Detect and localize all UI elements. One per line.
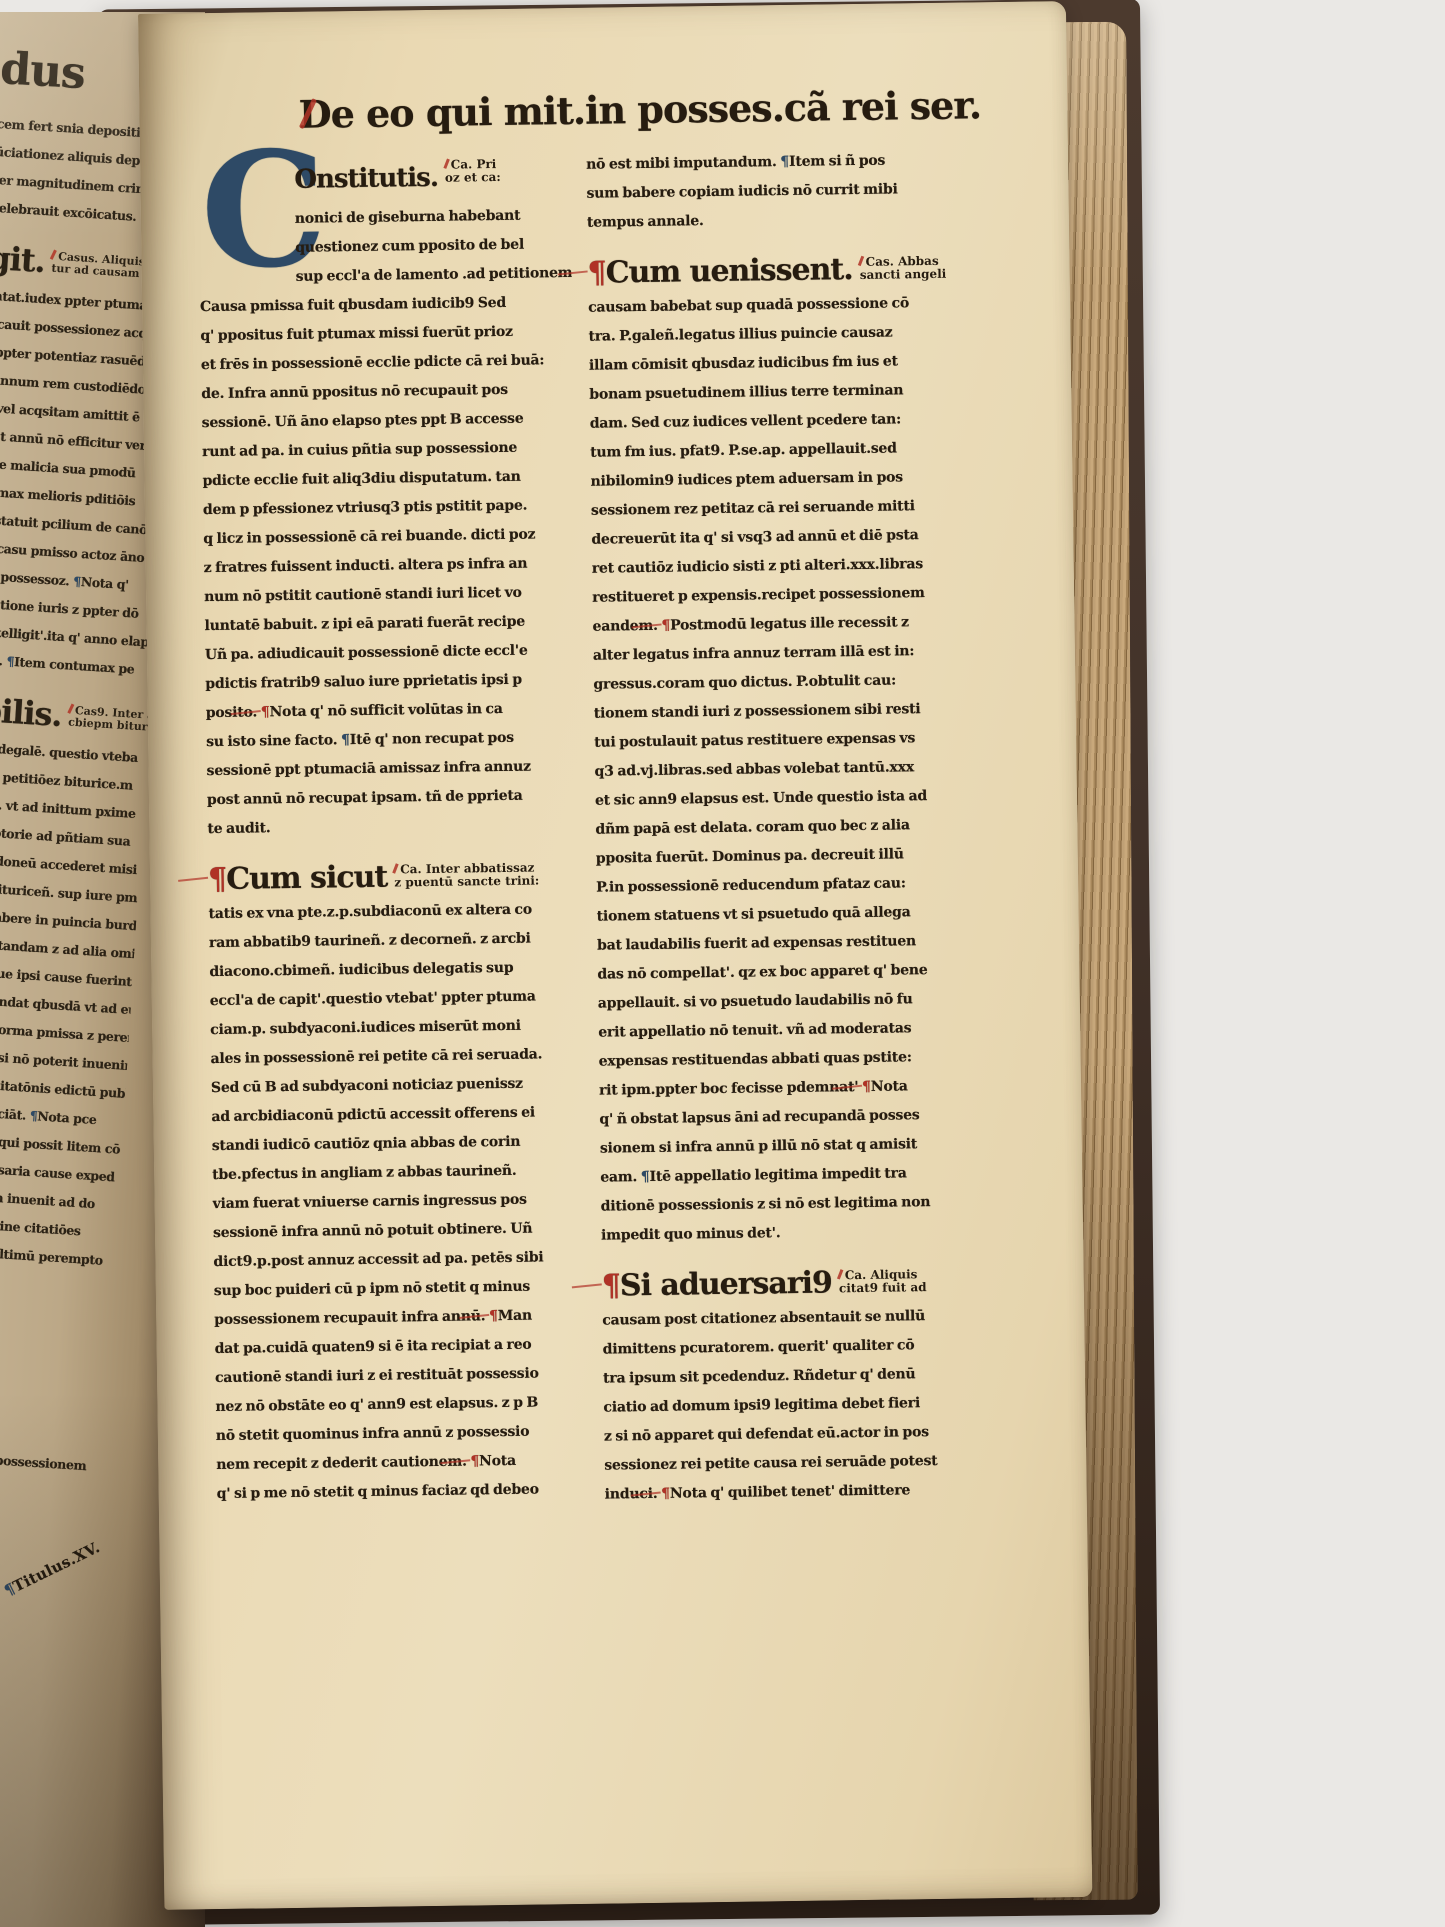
running-title-row: De eo qui mit.in posses.cã rei ser. [259,82,1028,138]
case-sidenote: Cas. Abbassancti angeli [859,249,946,282]
case-sidenote: Ca. Aliquiscitat9 fuit ad [839,1262,927,1295]
paraph-blue-icon: ¶ [6,654,14,669]
paraph-blue-icon: ¶ [341,732,350,748]
text-line: nonici de giseburna habebant [295,201,571,234]
text-line: alter legatus infra annuz terram illā es… [593,637,965,671]
paraph-red-icon: ¶ [602,1268,621,1303]
right-page: De eo qui mit.in posses.cã rei ser. COns… [138,1,1092,1910]
chapter-section: abilis.Cas9. Inter arcbiepm biturm burde… [0,689,150,1276]
case-sidenote-line: citat9 fuit ad [839,1281,927,1295]
paraph-blue-icon: ¶ [780,154,789,170]
paraph-red-icon: ¶ [489,1308,498,1324]
text-line: causam post citationez absentauit se nul… [602,1301,974,1335]
text-line: tempus annale. [587,204,959,238]
section-heading-text: Onstitutis. [294,153,438,205]
text-line: sionem si infra annū p illū nō stat q am… [600,1129,972,1163]
paraph-red-icon: ¶ [661,1486,670,1502]
paraph-blue-icon: ¶ [73,574,81,589]
chapter-section: ¶Cum uenissent.Cas. Abbassancti angelica… [587,249,973,1251]
illuminated-initial: C [200,159,290,278]
text-line: impedit quo minus det'. [601,1216,973,1250]
spine-title: ¶Titulus.XV. [1,1538,102,1600]
case-sidenote-line: sancti angeli [860,268,947,282]
paraph-red-icon: ¶ [208,862,227,897]
photo-scene: dus cem fert snia depositiōisūciationez … [0,0,1445,1927]
running-title: De eo qui mit.in posses.cã rei ser. [298,82,981,137]
text-line: ales in possessionē rei petite cā rei se… [210,1040,582,1074]
paraph-blue-icon: ¶ [641,1169,650,1185]
text-line: questionez cum pposito de bel [295,230,571,263]
case-sidenote: Ca. Inter abbatissazz puentū sancte trin… [394,855,539,889]
text-line: et frēs in possessionē ecclie pdicte cā … [201,346,573,380]
text-line: das nō compellat'. qz ex boc apparet q' … [597,955,969,989]
text-line: causam babebat sup quadā possessione cō [588,289,960,323]
paragraph: i mittitur in possessionemseruande, [0,1441,103,1509]
text-line: q' si p me nō stetit q minus faciaz qd d… [216,1475,588,1509]
paraph-red-icon: ¶ [587,255,606,290]
case-sidenote: Ca. Prioz et ca: [445,152,501,185]
text-columns: COnstitutis.Ca. Prioz et ca:nonici de gi… [140,144,1087,1516]
opening-paragraph: COnstitutis.Ca. Prioz et ca:nonici de gi… [198,151,580,844]
text-column-left: COnstitutis.Ca. Prioz et ca:nonici de gi… [198,151,589,1515]
text-column-right: nō est mibi imputandum. ¶Item si ñ possu… [586,146,977,1510]
text-line: ad arcbidiaconū pdictū accessit offerens… [211,1098,583,1132]
paraph-red-icon: ¶ [261,704,270,720]
text-line: ditionē possessionis z si nō est legitim… [601,1187,973,1221]
text-line: ram abbatib9 taurineñ. z decorneñ. z arc… [209,924,581,958]
section-heading: ¶Si aduersari9Ca. Aliquiscitat9 fuit ad [602,1261,975,1306]
case-sidenote-line: z puentū sancte trini: [394,874,539,889]
section-heading-text: ¶Cum sicut [208,858,388,900]
section-heading-text: git. [0,238,46,281]
section-heading-text: ¶Si aduersari9 [602,1263,833,1306]
text-line: eccl'a de capit'.questio vtebat' ppter p… [210,982,582,1016]
text-line: i mittitur in possessionem [0,1441,103,1481]
text-line: pdictis fratrib9 saluo iure pprietatis i… [205,665,577,699]
section-heading: ¶Cum uenissent.Cas. Abbassancti angeli [587,249,960,294]
text-line: induci. ¶Nota q' quilibet tenet' dimitte… [605,1475,977,1509]
text-line: sessionē. Uñ āno elapso ptes ppt B acces… [202,404,574,438]
chapter-section: ¶Si aduersari9Ca. Aliquiscitat9 fuit adc… [602,1261,977,1509]
text-line: nez nō obstāte eo q' ann9 est elapsus. z… [215,1388,587,1422]
case-sidenote-line: oz et ca: [445,171,501,185]
text-line: sessionē ppt ptumaciā amissaz infra annu… [206,752,578,786]
text-line: sup eccl'a de lamento .ad petitionem por… [295,259,571,292]
text-line: te audit. [207,810,579,844]
text-line: et sic ann9 elapsus est. Unde questio is… [595,782,967,816]
paraph-blue-icon: ¶ [29,1108,37,1123]
paragraph: nō est mibi imputandum. ¶Item si ñ possu… [586,146,959,238]
paraph-red-icon: ¶ [661,618,670,634]
paraph-red-icon: ¶ [470,1453,479,1469]
section-heading-text: abilis. [0,689,63,735]
section-heading: ¶Cum sicutCa. Inter abbatissazz puentū s… [208,855,581,900]
text-line: sessionez rei petite causa rei seruāde p… [604,1446,976,1480]
section-heading: Onstitutis.Ca. Prioz et ca: [294,151,571,205]
section-heading-text: ¶Cum uenissent. [587,250,853,294]
paraph-blue-icon: ¶ [1,1579,18,1599]
section-heading: abilis.Cas9. Inter arcbiepm bitur [0,689,150,741]
chapter-section: ¶Cum sicutCa. Inter abbatissazz puentū s… [208,855,589,1509]
paraph-red-icon: ¶ [862,1079,871,1095]
